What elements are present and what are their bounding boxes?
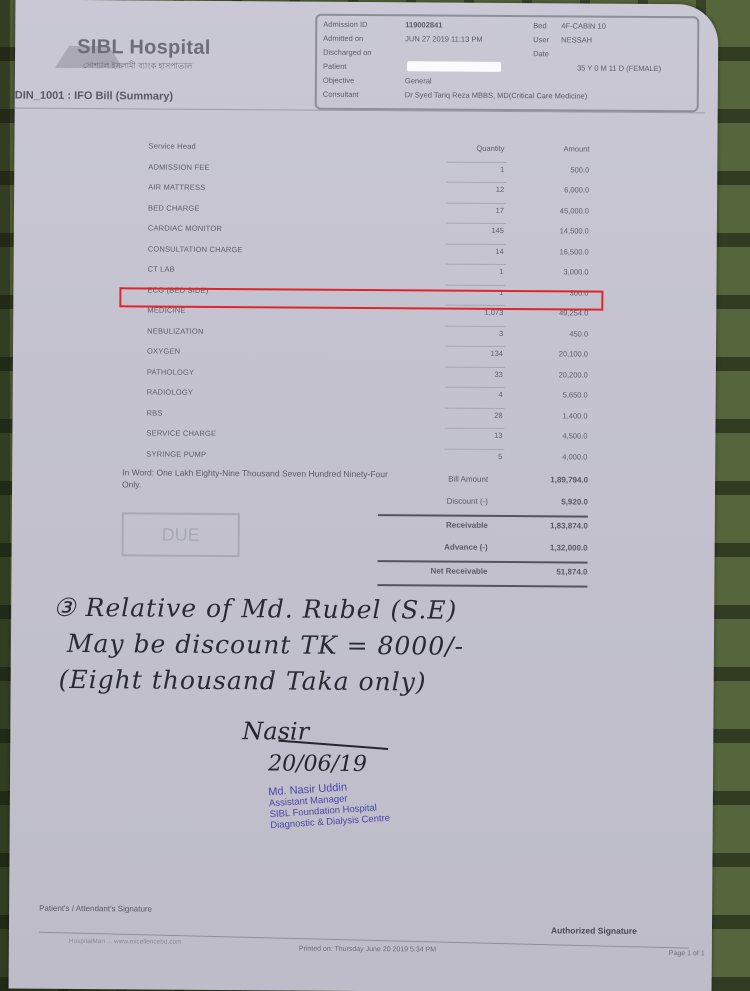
patient-age-sex: 35 Y 0 M 11 D (FEMALE) [577, 63, 661, 73]
cell-service: SYRINGE PUMP [146, 449, 206, 458]
bed: 4F-CABIN 10 [561, 21, 606, 30]
printed-on: Printed on: Thursday June 20 2019 5:34 P… [299, 946, 436, 954]
divider [446, 202, 506, 203]
cell-quantity: 33 [494, 369, 502, 378]
cell-service: PATHOLOGY [147, 367, 194, 376]
cell-quantity: 28 [494, 410, 502, 419]
objective: General [405, 76, 432, 85]
cell-service: SERVICE CHARGE [146, 428, 216, 437]
cell-service: NEBULIZATION [147, 326, 203, 335]
hospital-name: SIBL Hospital [77, 36, 211, 60]
net-receivable-row: Net Receivable 51,874.0 [377, 562, 591, 585]
cell-amount: 45,000.0 [560, 206, 589, 215]
cell-quantity: 1 [500, 164, 504, 173]
admission-id: 119002841 [405, 20, 442, 29]
divider [446, 243, 506, 244]
hospital-subtitle: সোশ্যাল ইসলামী ব্যাংক হাসপাতাল [83, 60, 192, 74]
divider [446, 223, 506, 224]
bill-amount-row: Bill Amount 1,89,794.0 [378, 470, 592, 493]
divider [446, 161, 506, 162]
cell-quantity: 134 [490, 349, 503, 358]
table-body: ADMISSION FEE1500.0AIR MATTRESS126,000.0… [132, 159, 594, 470]
divider [446, 182, 506, 183]
totals-block: Bill Amount 1,89,794.0 Discount (-) 5,92… [377, 470, 592, 587]
admission-id-row: Admission ID 119002841 Bed 4F-CABIN 10 [323, 20, 693, 35]
patient-signature-label: Patient's / Attendant's Signature [39, 904, 152, 914]
cell-amount: 4,000.0 [562, 452, 587, 461]
cell-quantity: 1 [499, 267, 503, 276]
cell-quantity: 12 [496, 185, 504, 194]
cell-amount: 20,200.0 [559, 370, 588, 379]
medicine-row-highlight [119, 287, 603, 310]
consultant-row: Consultant Dr Syed Tariq Reza MBBS, MD(C… [323, 90, 693, 105]
divider [446, 264, 506, 265]
divider [444, 428, 504, 429]
cell-quantity: 4 [499, 390, 503, 399]
cell-amount: 450.0 [569, 329, 588, 338]
cell-amount: 4,500.0 [562, 431, 587, 440]
cell-service: OXYGEN [147, 346, 180, 355]
divider [445, 346, 505, 347]
authorized-signature-label: Authorized Signature [551, 925, 637, 936]
admitted-on: JUN 27 2019 11:13 PM [405, 34, 482, 44]
divider [445, 284, 505, 285]
cell-quantity: 14 [495, 246, 503, 255]
cell-quantity: 13 [494, 431, 502, 440]
divider [445, 325, 505, 326]
consultant: Dr Syed Tariq Reza MBBS, MD(Critical Car… [405, 90, 587, 100]
hospital-bill-document: SIBL Hospital সোশ্যাল ইসলামী ব্যাংক হাসপ… [9, 0, 719, 991]
patient-row: Patient 35 Y 0 M 11 D (FEMALE) [323, 62, 693, 77]
divider [445, 387, 505, 388]
cell-amount: 20,100.0 [559, 349, 588, 358]
divider [445, 407, 505, 408]
cell-service: BED CHARGE [148, 203, 200, 212]
service-table: Service Head Quantity Amount ADMISSION F… [132, 138, 594, 469]
signature-date: 20/06/19 [268, 751, 367, 777]
objective-row: Objective General [323, 76, 693, 91]
advance-row: Advance (-) 1,32,000.0 [378, 538, 592, 561]
due-stamp: DUE [122, 512, 240, 557]
receivable-row: Receivable 1,83,874.0 [378, 516, 592, 539]
cell-service: ADMISSION FEE [148, 162, 209, 171]
cell-service: CT LAB [148, 264, 175, 273]
admitted-on-row: Admitted on JUN 27 2019 11:13 PM User NE… [323, 34, 693, 49]
user: NESSAH [561, 35, 592, 44]
patient-info-box: Admission ID 119002841 Bed 4F-CABIN 10 A… [315, 14, 700, 113]
cell-quantity: 145 [491, 226, 504, 235]
cell-amount: 3,000.0 [564, 267, 589, 276]
cell-amount: 16,500.0 [559, 247, 588, 256]
discount-row: Discount (-) 5,920.0 [378, 492, 592, 515]
cell-amount: 14,500.0 [560, 226, 589, 235]
cell-service: RBS [147, 408, 163, 417]
cell-quantity: 5 [498, 451, 502, 460]
divider [445, 366, 505, 367]
cell-amount: 6,000.0 [564, 185, 589, 194]
cell-service: CONSULTATION CHARGE [148, 244, 243, 254]
cell-service: RADIOLOGY [147, 387, 193, 396]
cell-amount: 1,400.0 [563, 411, 588, 420]
amount-in-words: In Word: One Lakh Eighty-Nine Thousand S… [122, 466, 402, 492]
officer-stamp: Md. Nasir Uddin Assistant Manager SIBL F… [268, 780, 390, 831]
software-credit: HospitalMan ... www.excellencebd.com [69, 938, 182, 946]
cell-service: CARDIAC MONITOR [148, 223, 222, 233]
document-title: DIN_1001 : IFO Bill (Summary) [15, 90, 173, 103]
divider [444, 448, 504, 449]
page-number: Page 1 of 1 [669, 950, 705, 957]
cell-service: AIR MATTRESS [148, 182, 205, 191]
handwritten-note: ③ Relative of Md. Rubel (S.E) May be dis… [53, 590, 574, 702]
hospital-logo: SIBL Hospital সোশ্যাল ইসলামী ব্যাংক হাসপ… [55, 14, 255, 85]
redacted-patient-name [407, 61, 501, 72]
cell-quantity: 17 [496, 205, 504, 214]
cell-amount: 500.0 [570, 165, 589, 174]
cell-quantity: 3 [499, 328, 503, 337]
discharged-on-row: Discharged on Date [323, 48, 693, 63]
cell-amount: 5,650.0 [563, 390, 588, 399]
